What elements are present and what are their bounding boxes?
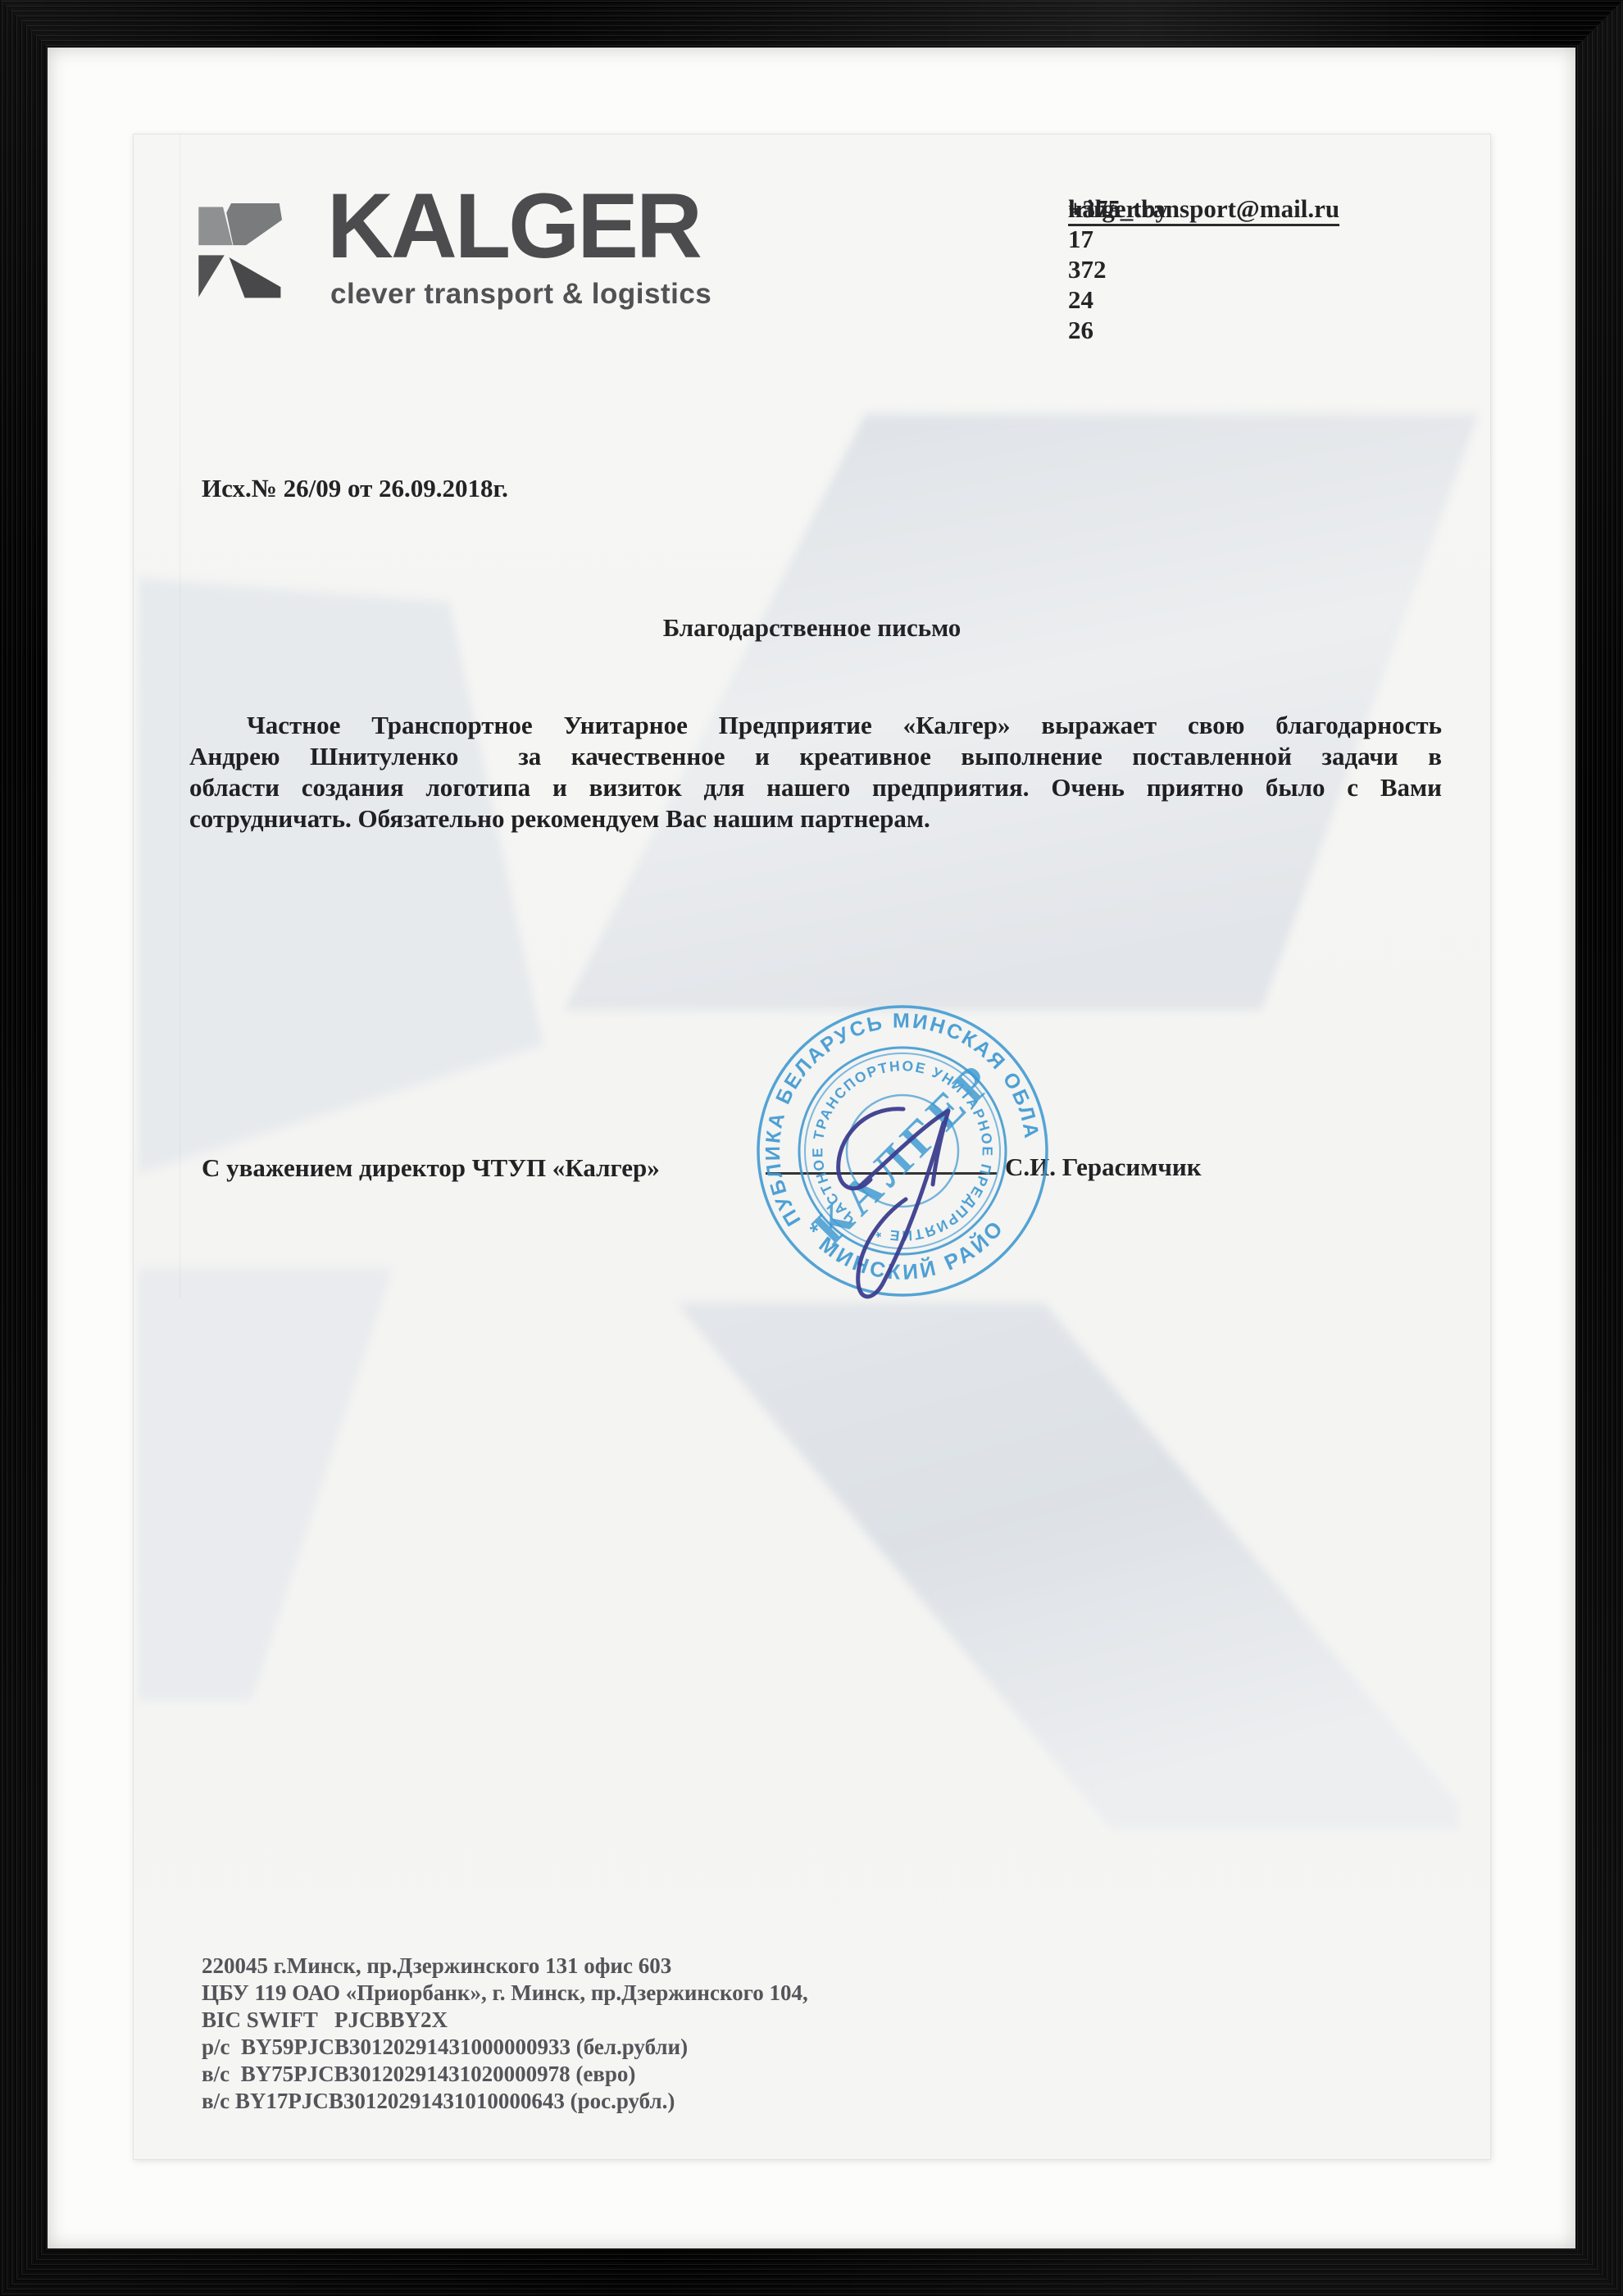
footer-line: р/с BY59PJCB30120291431000000933 (бел.ру… <box>202 2034 808 2061</box>
frame-edge-top <box>0 0 1623 48</box>
footer-bank-details: 220045 г.Минск, пр.Дзержинского 131 офис… <box>202 1953 808 2115</box>
frame-edge-bottom <box>0 2248 1623 2296</box>
letter-title: Благодарственное письмо <box>134 613 1490 643</box>
reference-number-line: Исх.№ 26/09 от 26.09.2018г. <box>202 474 508 503</box>
body-line: Частное Транспортное Унитарное Предприят… <box>189 710 1442 741</box>
footer-line: в/с BY75PJCB30120291431020000978 (евро) <box>202 2061 808 2088</box>
company-stamp: РЕСПУБЛИКА БЕЛАРУСЬ МИНСКАЯ ОБЛАСТЬ * МИ… <box>740 985 1125 1444</box>
scan-crease-line <box>180 134 180 1298</box>
footer-line: ЦБУ 119 ОАО «Приорбанк», г. Минск, пр.Дз… <box>202 1980 808 2007</box>
phone-text: +375 17 372 24 26 <box>1068 193 1121 345</box>
body-line: Андрею Шнитуленко за качественное и креа… <box>189 741 1442 772</box>
footer-line: в/с BY17PJCB30120291431010000643 (рос.ру… <box>202 2088 808 2115</box>
brand-wordmark: KALGER <box>327 180 700 272</box>
footer-line: BIC SWIFT PJCBBY2X <box>202 2007 808 2034</box>
brand-tagline: clever transport & logistics <box>330 279 711 310</box>
kalger-logo-icon <box>192 198 290 306</box>
footer-line: 220045 г.Минск, пр.Дзержинского 131 офис… <box>202 1953 808 1980</box>
letter-body: Частное Транспортное Унитарное Предприят… <box>189 710 1442 834</box>
body-line: области создания логотипа и визиток для … <box>189 772 1442 803</box>
frame-edge-left <box>0 0 48 2296</box>
framed-letter-scan: KALGER clever transport & logistics kalg… <box>0 0 1623 2296</box>
signoff-label: С уважением директор ЧТУП «Калгер» <box>202 1153 660 1183</box>
mat-board: KALGER clever transport & logistics kalg… <box>48 48 1575 2248</box>
frame-edge-right <box>1575 0 1623 2296</box>
document-page: KALGER clever transport & logistics kalg… <box>133 134 1491 2160</box>
body-line: сотрудничать. Обязательно рекомендуем Ва… <box>189 803 1442 834</box>
